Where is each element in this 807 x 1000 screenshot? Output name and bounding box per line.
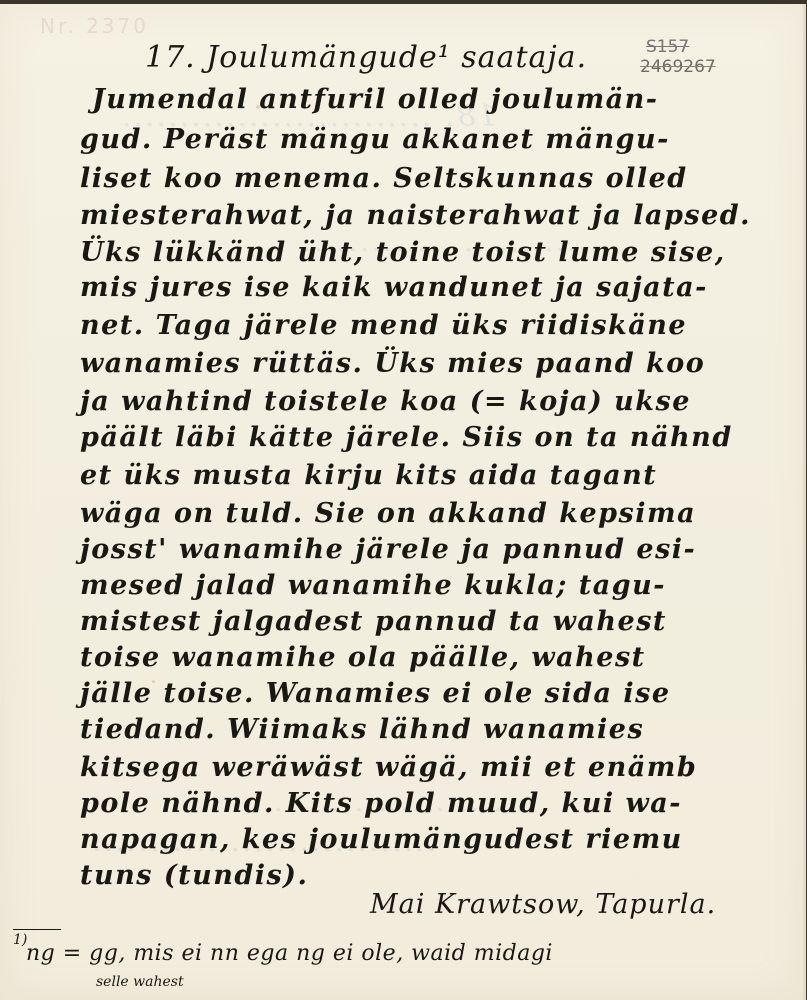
body-line: tiedand. Wiimaks lähnd wanamies [80, 714, 644, 745]
signature: Mai Krawtsow, Tapurla. [370, 889, 716, 920]
body-line: Üks lükkänd üht, toine toist lume sise, [80, 237, 726, 268]
body-line: napagan, kes joulumängudest riemu [80, 824, 683, 855]
body-line: net. Taga järele mend üks riidiskäne [80, 310, 687, 341]
page-title: 17. Joulumängude¹ saataja. [145, 40, 587, 75]
body-line: pole nähnd. Kits pold muud, kui wa- [80, 788, 682, 819]
body-line: josst' wanamihe järele ja pannud esi- [80, 534, 696, 565]
body-line: gud. Peräst mängu akkanet mängu- [80, 124, 670, 155]
footnote-subtext: selle wahest [96, 974, 184, 990]
body-line: wanamies rüttäs. Üks mies paand koo [80, 348, 705, 379]
body-line: mesed jalad wanamihe kukla; tagu- [80, 570, 666, 601]
body-line: miesterahwat, ja naisterahwat ja lapsed. [80, 200, 751, 231]
body-line: Jumendal antfuril olled joulumän- [92, 84, 658, 115]
faded-archive-stamp: Nr. 2370 [40, 14, 149, 38]
footnote-divider [13, 929, 61, 930]
archive-code-new: 2469267 [640, 57, 716, 77]
archive-codes: S157 2469267 [640, 37, 716, 77]
body-line: et üks musta kirju kits aida tagant [80, 460, 657, 491]
body-line: tuns (tundis). [80, 860, 308, 891]
footnote-text: ng = gg, mis ei nn ega ng ei ole, waid m… [26, 941, 553, 966]
manuscript-page: Nr. 2370 18. ...........................… [0, 4, 806, 1000]
body-line: päält läbi kätte järele. Siis on ta nähn… [80, 422, 733, 453]
body-line: mis jures ise kaik wandunet ja sajata- [80, 272, 708, 303]
body-line: liset koo menema. Seltskunnas olled [80, 163, 688, 194]
body-line: mistest jalgadest pannud ta wahest [80, 606, 667, 637]
archive-code-old: S157 [646, 37, 716, 57]
body-line: jälle toise. Wanamies ei ole sida ise [80, 678, 671, 709]
body-line: toise wanamihe ola päälle, wahest [80, 642, 646, 673]
body-line: wäga on tuld. Sie on akkand kepsima [80, 498, 696, 529]
body-line: ja wahtind toistele koa (= koja) ukse [80, 386, 691, 417]
body-line: kitsega weräwäst wägä, mii et enämb [80, 752, 697, 783]
